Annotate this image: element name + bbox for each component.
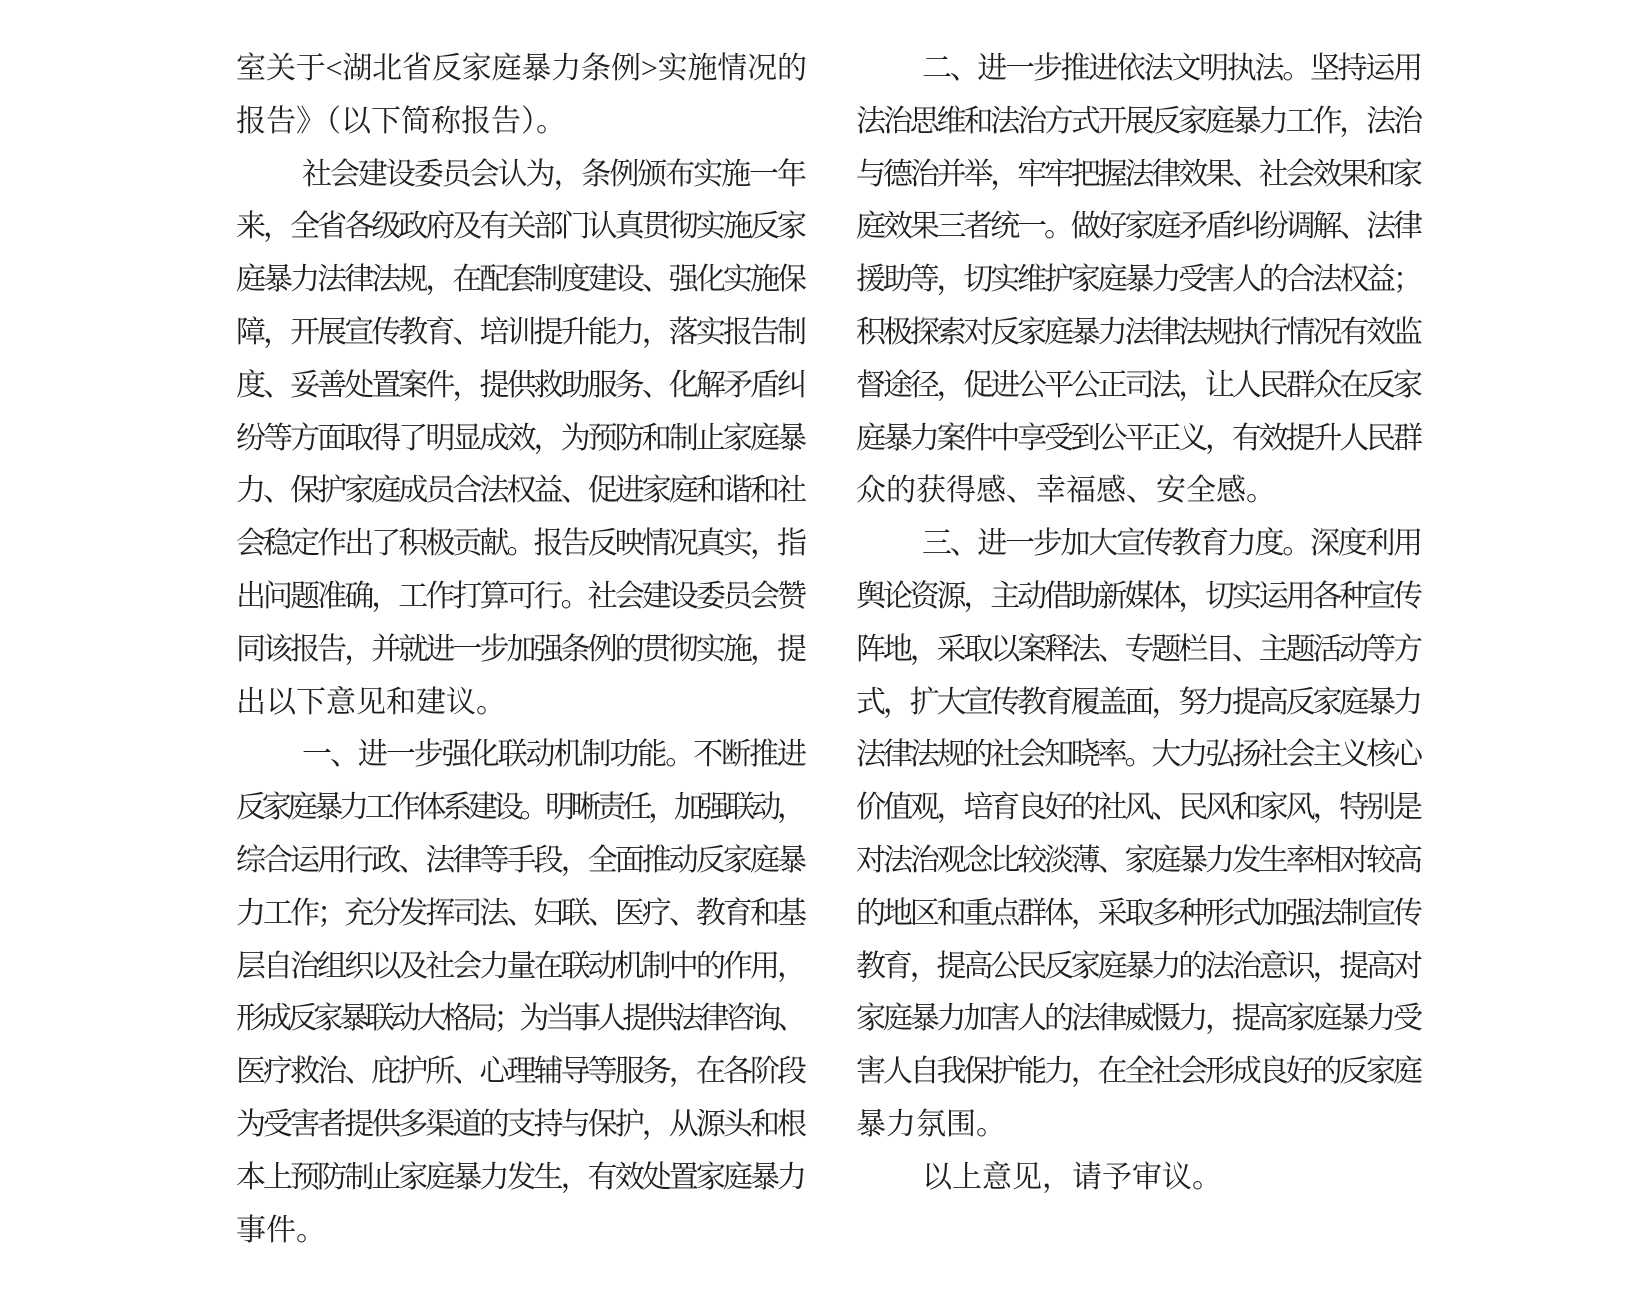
scanned-document-page: 室关于<湖北省反家庭暴力条例>实施情况的报告》（以下简称报告）。社会建设委员会认… <box>0 0 1632 1300</box>
text-line: 力工作；充分发挥司法、妇联、医疗、教育和基 <box>236 888 807 941</box>
text-line-content: 援助等，切实维护家庭暴力受害人的合法权益； <box>856 263 1420 296</box>
text-line: 形成反家暴联动大格局；为当事人提供法律咨询、 <box>236 993 807 1046</box>
text-line: 事件。 <box>236 1205 807 1258</box>
text-line-content: 会稳定作出了积极贡献。报告反映情况真实，指 <box>236 527 804 560</box>
text-line-content: 力、保护家庭成员合法权益、促进家庭和谐和社 <box>236 474 804 507</box>
text-line: 与德治并举，牢牢把握法律效果、社会效果和家 <box>856 149 1423 202</box>
text-line-content: 家庭暴力加害人的法律威慑力，提高家庭暴力受 <box>856 1002 1420 1035</box>
text-line: 纷等方面取得了明显成效，为预防和制止家庭暴 <box>236 413 807 466</box>
text-line-content: 综合运用行政、法律等手段，全面推动反家庭暴 <box>236 844 804 877</box>
text-line: 家庭暴力加害人的法律威慑力，提高家庭暴力受 <box>856 993 1423 1046</box>
text-line-content: 出问题准确，工作打算可行。社会建设委员会赞 <box>236 580 804 613</box>
text-line: 医疗救治、庇护所、心理辅导等服务，在各阶段 <box>236 1046 807 1099</box>
text-line: 反家庭暴力工作体系建设。明晰责任，加强联动， <box>236 782 807 835</box>
text-line-content: 为受害者提供多渠道的支持与保护，从源头和根 <box>236 1108 804 1141</box>
text-line-content: 舆论资源，主动借助新媒体，切实运用各种宣传 <box>856 580 1420 613</box>
text-line-content: 庭暴力法律法规，在配套制度建设、强化实施保 <box>236 263 804 296</box>
text-line-content: 三、进一步加大宣传教育力度。深度利用 <box>922 527 1421 560</box>
text-line-content: 来，全省各级政府及有关部门认真贯彻实施反家 <box>236 210 804 243</box>
text-line-content: 本上预防制止家庭暴力发生，有效处置家庭暴力 <box>236 1161 804 1194</box>
text-line: 室关于<湖北省反家庭暴力条例>实施情况的 <box>236 43 807 96</box>
text-line-content: 同该报告，并就进一步加强条例的贯彻实施，提 <box>236 633 804 666</box>
text-line-content: 反家庭暴力工作体系建设。明晰责任，加强联动， <box>236 791 803 824</box>
text-line: 综合运用行政、法律等手段，全面推动反家庭暴 <box>236 835 807 888</box>
text-line-content: 一、进一步强化联动机制功能。不断推进 <box>302 738 805 771</box>
text-line-content: 医疗救治、庇护所、心理辅导等服务，在各阶段 <box>236 1055 804 1088</box>
text-line-content: 害人自我保护能力，在全社会形成良好的反家庭 <box>856 1055 1420 1088</box>
text-line-content: 阵地，采取以案释法、专题栏目、主题活动等方 <box>856 633 1420 666</box>
text-line-content: 法治思维和法治方式开展反家庭暴力工作，法治 <box>856 105 1420 138</box>
text-line-content: 室关于<湖北省反家庭暴力条例>实施情况的 <box>236 52 807 85</box>
text-line-content: 报告》（以下简称报告）。 <box>236 105 566 138</box>
text-line: 害人自我保护能力，在全社会形成良好的反家庭 <box>856 1046 1423 1099</box>
text-line: 舆论资源，主动借助新媒体，切实运用各种宣传 <box>856 571 1423 624</box>
text-line: 层自治组织以及社会力量在联动机制中的作用， <box>236 941 807 994</box>
text-line: 式，扩大宣传教育履盖面，努力提高反家庭暴力 <box>856 677 1423 730</box>
text-line: 为受害者提供多渠道的支持与保护，从源头和根 <box>236 1099 807 1152</box>
text-line: 的地区和重点群体，采取多种形式加强法制宣传 <box>856 888 1423 941</box>
text-line-content: 层自治组织以及社会力量在联动机制中的作用， <box>236 950 804 983</box>
text-line: 法律法规的社会知晓率。大力弘扬社会主义核心 <box>856 729 1423 782</box>
text-line-content: 式，扩大宣传教育履盖面，努力提高反家庭暴力 <box>856 686 1420 719</box>
text-line-content: 纷等方面取得了明显成效，为预防和制止家庭暴 <box>236 422 804 455</box>
text-line: 来，全省各级政府及有关部门认真贯彻实施反家 <box>236 201 807 254</box>
text-line: 报告》（以下简称报告）。 <box>236 96 807 149</box>
text-line-content: 暴力氛围。 <box>856 1108 1006 1141</box>
document-column-right: 二、进一步推进依法文明执法。坚持运用法治思维和法治方式开展反家庭暴力工作，法治与… <box>856 43 1423 1205</box>
text-line: 出以下意见和建议。 <box>236 677 807 730</box>
text-line: 一、进一步强化联动机制功能。不断推进 <box>236 729 807 782</box>
text-line: 出问题准确，工作打算可行。社会建设委员会赞 <box>236 571 807 624</box>
text-line-content: 对法治观念比较淡薄、家庭暴力发生率相对较高 <box>856 844 1420 877</box>
text-line: 度、妥善处置案件，提供救助服务、化解矛盾纠 <box>236 360 807 413</box>
text-line-content: 督途径，促进公平公正司法，让人民群众在反家 <box>856 369 1420 402</box>
text-line: 阵地，采取以案释法、专题栏目、主题活动等方 <box>856 624 1423 677</box>
text-line: 教育，提高公民反家庭暴力的法治意识，提高对 <box>856 941 1423 994</box>
text-line: 会稳定作出了积极贡献。报告反映情况真实，指 <box>236 518 807 571</box>
text-line: 本上预防制止家庭暴力发生，有效处置家庭暴力 <box>236 1152 807 1205</box>
text-line-content: 二、进一步推进依法文明执法。坚持运用 <box>922 52 1421 85</box>
text-line: 二、进一步推进依法文明执法。坚持运用 <box>856 43 1423 96</box>
text-line-content: 障，开展宣传教育、培训提升能力，落实报告制 <box>236 316 804 349</box>
text-line: 社会建设委员会认为，条例颁布实施一年 <box>236 149 807 202</box>
text-line-content: 教育，提高公民反家庭暴力的法治意识，提高对 <box>856 950 1420 983</box>
text-line: 庭暴力法律法规，在配套制度建设、强化实施保 <box>236 254 807 307</box>
text-line-content: 社会建设委员会认为，条例颁布实施一年 <box>302 158 805 191</box>
text-line-content: 度、妥善处置案件，提供救助服务、化解矛盾纠 <box>236 369 804 402</box>
text-line: 庭暴力案件中享受到公平正义，有效提升人民群 <box>856 413 1423 466</box>
text-line-content: 价值观，培育良好的社风、民风和家风，特别是 <box>856 791 1420 824</box>
text-line-content: 力工作；充分发挥司法、妇联、医疗、教育和基 <box>236 897 804 930</box>
document-column-left: 室关于<湖北省反家庭暴力条例>实施情况的报告》（以下简称报告）。社会建设委员会认… <box>236 43 807 1257</box>
text-line-content: 庭暴力案件中享受到公平正义，有效提升人民群 <box>856 422 1420 455</box>
text-line-content: 众的获得感、幸福感、安全感。 <box>856 474 1276 507</box>
text-line-content: 法律法规的社会知晓率。大力弘扬社会主义核心 <box>856 738 1420 771</box>
text-line: 援助等，切实维护家庭暴力受害人的合法权益； <box>856 254 1423 307</box>
text-line-content: 的地区和重点群体，采取多种形式加强法制宣传 <box>856 897 1420 930</box>
text-line: 督途径，促进公平公正司法，让人民群众在反家 <box>856 360 1423 413</box>
text-line-content: 积极探索对反家庭暴力法律法规执行情况有效监 <box>856 316 1420 349</box>
text-line: 障，开展宣传教育、培训提升能力，落实报告制 <box>236 307 807 360</box>
text-line: 三、进一步加大宣传教育力度。深度利用 <box>856 518 1423 571</box>
text-line: 庭效果三者统一。做好家庭矛盾纠纷调解、法律 <box>856 201 1423 254</box>
text-line: 暴力氛围。 <box>856 1099 1423 1152</box>
text-line: 众的获得感、幸福感、安全感。 <box>856 465 1423 518</box>
text-line-content: 形成反家暴联动大格局；为当事人提供法律咨询、 <box>236 1002 803 1035</box>
text-line-content: 与德治并举，牢牢把握法律效果、社会效果和家 <box>856 158 1420 191</box>
text-line: 法治思维和法治方式开展反家庭暴力工作，法治 <box>856 96 1423 149</box>
text-line-content: 出以下意见和建议。 <box>236 686 506 719</box>
text-line: 同该报告，并就进一步加强条例的贯彻实施，提 <box>236 624 807 677</box>
text-line: 积极探索对反家庭暴力法律法规执行情况有效监 <box>856 307 1423 360</box>
text-line: 对法治观念比较淡薄、家庭暴力发生率相对较高 <box>856 835 1423 888</box>
text-line-content: 事件。 <box>236 1214 326 1247</box>
text-line-content: 以上意见，请予审议。 <box>922 1161 1222 1194</box>
text-line-content: 庭效果三者统一。做好家庭矛盾纠纷调解、法律 <box>856 210 1420 243</box>
text-line: 价值观，培育良好的社风、民风和家风，特别是 <box>856 782 1423 835</box>
text-line: 力、保护家庭成员合法权益、促进家庭和谐和社 <box>236 465 807 518</box>
text-line: 以上意见，请予审议。 <box>856 1152 1423 1205</box>
